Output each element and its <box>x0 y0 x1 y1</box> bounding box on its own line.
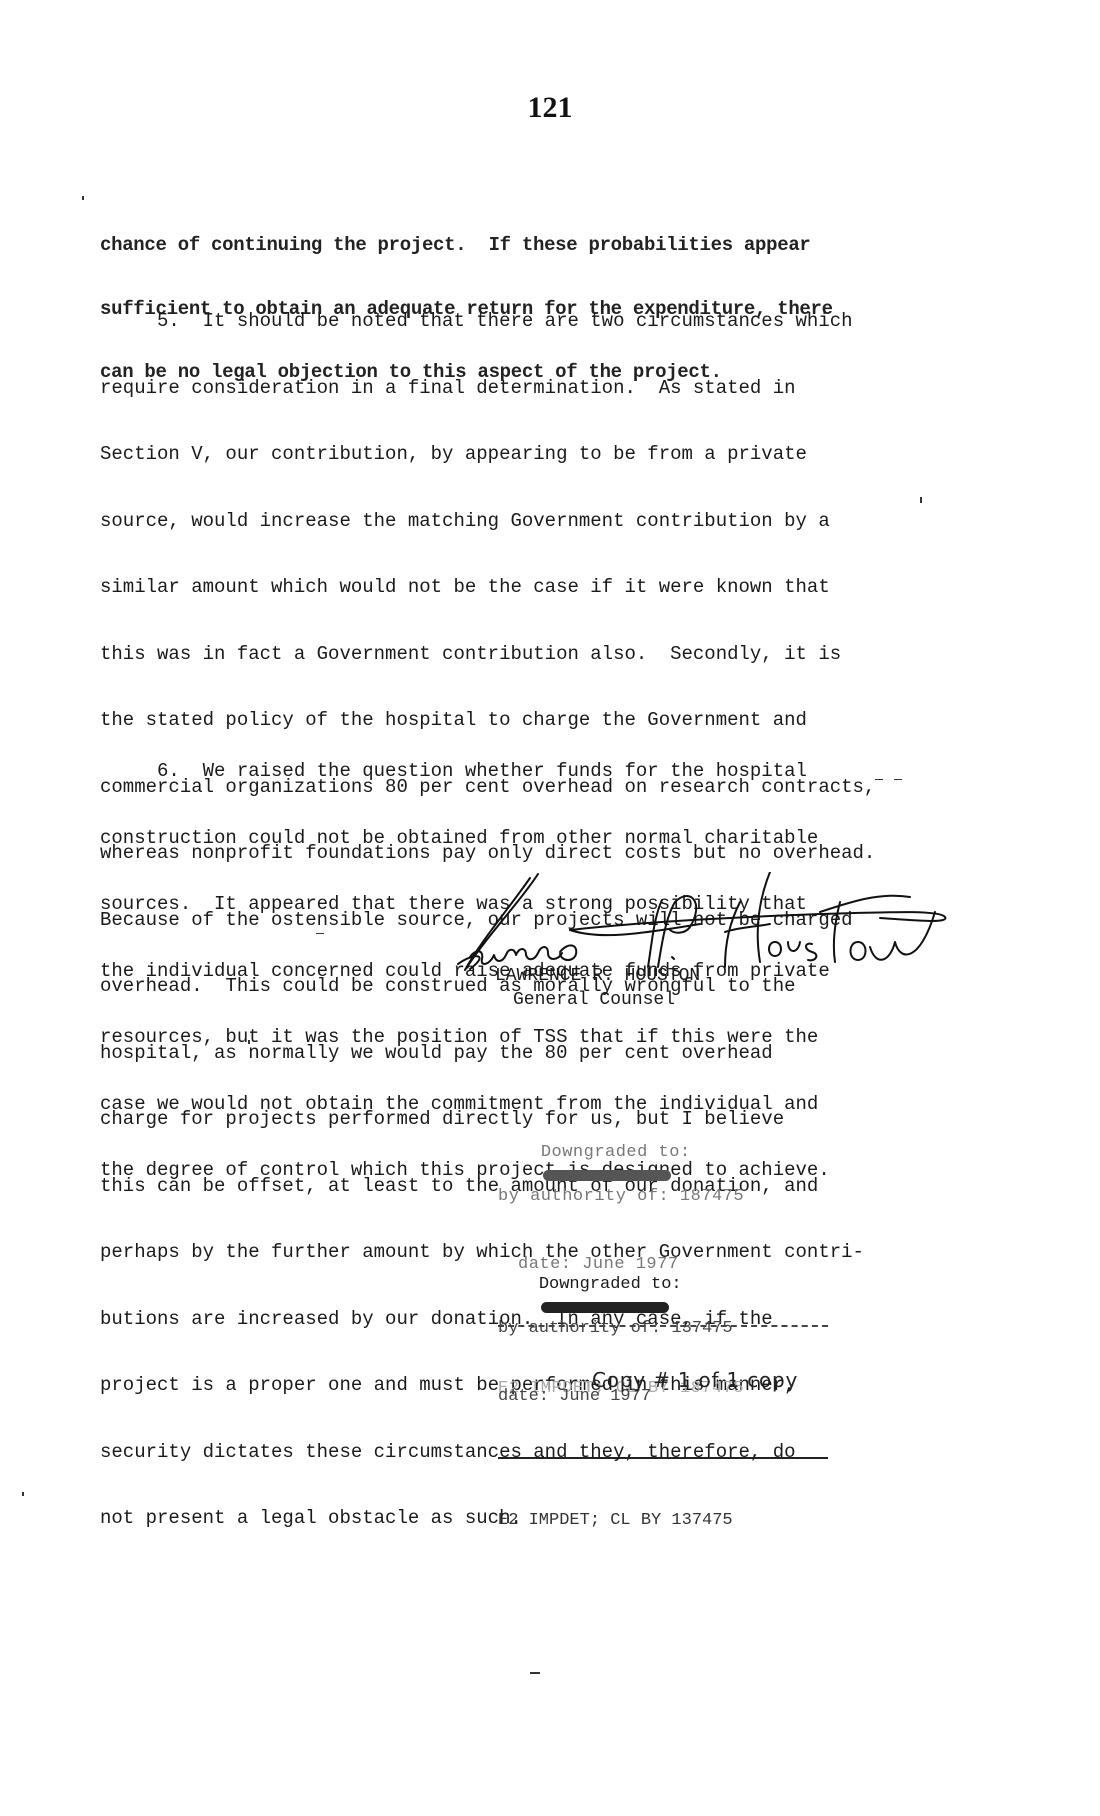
text-line: source, would increase the matching Gove… <box>100 510 875 533</box>
scan-speck <box>82 196 84 200</box>
scan-speck <box>894 779 902 780</box>
page-number: 121 <box>520 92 580 124</box>
stamp-downgraded-label: Downgraded to: <box>539 1275 682 1294</box>
stamp-downgraded-label: Downgraded to: <box>541 1143 691 1162</box>
text-line: 5. It should be noted that there are two… <box>100 310 875 333</box>
text-line: similar amount which would not be the ca… <box>100 576 875 599</box>
text-line: require consideration in a final determi… <box>100 377 875 400</box>
handwritten-signature <box>440 872 980 972</box>
stamp-footer-line: E2 IMPDET; CL BY 137475 <box>498 1509 828 1533</box>
text-line: this was in fact a Government contributi… <box>100 643 875 666</box>
text-line: construction could not be obtained from … <box>100 827 830 850</box>
text-line: 6. We raised the question whether funds … <box>100 760 830 783</box>
stamp-authority-line: by authority of: 137475 <box>498 1317 828 1341</box>
scan-speck <box>248 1040 250 1044</box>
scan-speck <box>875 779 883 780</box>
scan-speck <box>316 933 324 934</box>
text-line: resources, but it was the position of TS… <box>100 1026 830 1049</box>
redaction-mark <box>541 1302 669 1313</box>
text-line: chance of continuing the project. If the… <box>100 236 833 256</box>
signatory-name: LAWRENCE R. HOUSTON <box>495 966 700 986</box>
copy-notice: Copy # 1 of 1 copy <box>592 1368 798 1392</box>
stamp-downgraded-line: Downgraded to: <box>498 1117 828 1141</box>
signatory-title: General Counsel <box>513 990 675 1010</box>
redaction-mark <box>543 1170 671 1181</box>
scan-speck <box>22 1492 24 1496</box>
scan-speck <box>530 1672 540 1674</box>
scan-speck <box>920 497 922 503</box>
text-line: Section V, our contribution, by appearin… <box>100 443 875 466</box>
stamp-divider <box>498 1457 828 1459</box>
stamp-downgraded-line: Downgraded to: <box>498 1249 828 1273</box>
